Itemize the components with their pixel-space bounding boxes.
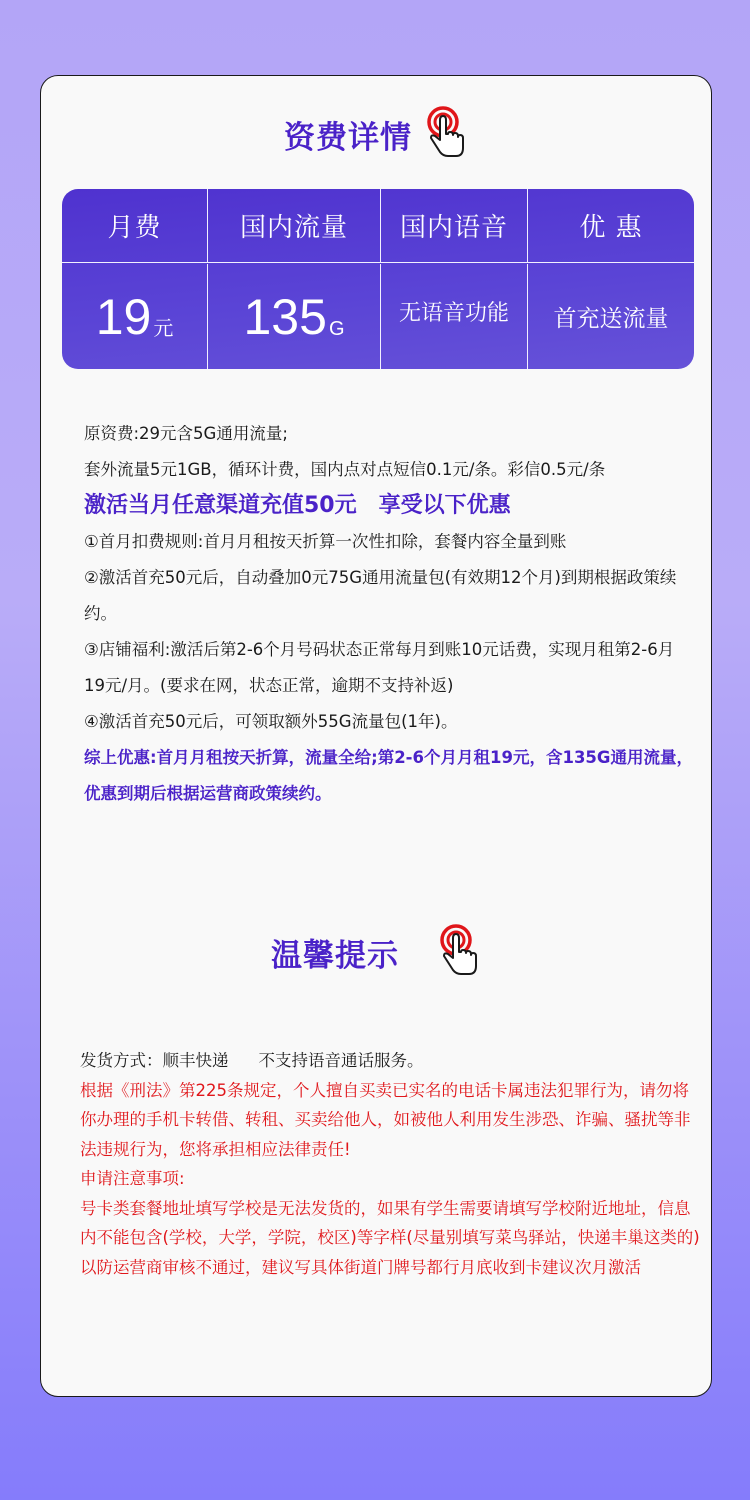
plan-title: 资费详情: [284, 112, 412, 157]
shipping-method: 发货方式：顺丰快递: [80, 1051, 229, 1070]
monthly-fee-value: 19 元: [62, 264, 208, 369]
data-value: 135 G: [208, 264, 381, 369]
detail-item-4: ④激活首充50元后，可领取额外55G流量包(1年)。: [84, 704, 694, 740]
header-monthly-fee: 月费: [107, 207, 161, 244]
header-domestic-voice: 国内语音: [400, 207, 508, 244]
header-domestic-data: 国内流量: [240, 207, 348, 244]
tips-title: 温馨提示: [271, 930, 399, 975]
tips-content: 发货方式：顺丰快递不支持语音通话服务。 根据《刑法》第225条规定，个人擅自买卖…: [80, 1046, 700, 1282]
detail-item-1: ①首月扣费规则:首月月租按天折算一次性扣除，套餐内容全量到账: [84, 524, 694, 560]
table-value-row: 19 元 135 G 无语音功能 首充送流量: [62, 264, 694, 369]
header-promo: 优 惠: [579, 207, 642, 244]
plan-table: 月费 国内流量 国内语音 优 惠 19 元 135 G 无语音功能 首充送流量: [62, 189, 694, 369]
legal-warning: 根据《刑法》第225条规定，个人擅自买卖已实名的电话卡属违法犯罪行为，请勿将你办…: [80, 1076, 700, 1165]
plan-card: 资费详情 月费 国内流量 国内语音 优 惠 19 元 135 G 无语音功能 首…: [40, 75, 712, 1397]
notice-title: 申请注意事项:: [80, 1164, 700, 1194]
tap-hand-icon: [426, 106, 468, 162]
voice-value: 无语音功能: [399, 296, 509, 327]
section-title-tips: 温馨提示: [41, 924, 711, 980]
overage-rates: 套外流量5元1GB，循环计费，国内点对点短信0.1元/条。彩信0.5元/条: [84, 452, 694, 488]
table-header-row: 月费 国内流量 国内语音 优 惠: [62, 189, 694, 263]
promo-highlight: 激活当月任意渠道充值50元 享受以下优惠: [84, 488, 694, 524]
promo-summary: 综上优惠:首月月租按天折算，流量全给;第2-6个月月租19元，含135G通用流量…: [84, 740, 694, 812]
notice-body: 号卡类套餐地址填写学校是无法发货的，如果有学生需要请填写学校附近地址，信息内不能…: [80, 1194, 700, 1283]
detail-item-3: ③店铺福利:激活后第2-6个月号码状态正常每月到账10元话费，实现月租第2-6月…: [84, 632, 694, 704]
tap-hand-icon: [439, 924, 481, 980]
shipping-line: 发货方式：顺丰快递不支持语音通话服务。: [80, 1046, 700, 1076]
section-title-plan: 资费详情: [41, 106, 711, 162]
original-price: 原资费:29元含5G通用流量;: [84, 416, 694, 452]
promo-value: 首充送流量: [554, 300, 669, 333]
voice-notice: 不支持语音通话服务。: [259, 1051, 424, 1070]
detail-item-2: ②激活首充50元后，自动叠加0元75G通用流量包(有效期12个月)到期根据政策续…: [84, 560, 694, 632]
plan-details: 原资费:29元含5G通用流量; 套外流量5元1GB，循环计费，国内点对点短信0.…: [84, 416, 694, 812]
